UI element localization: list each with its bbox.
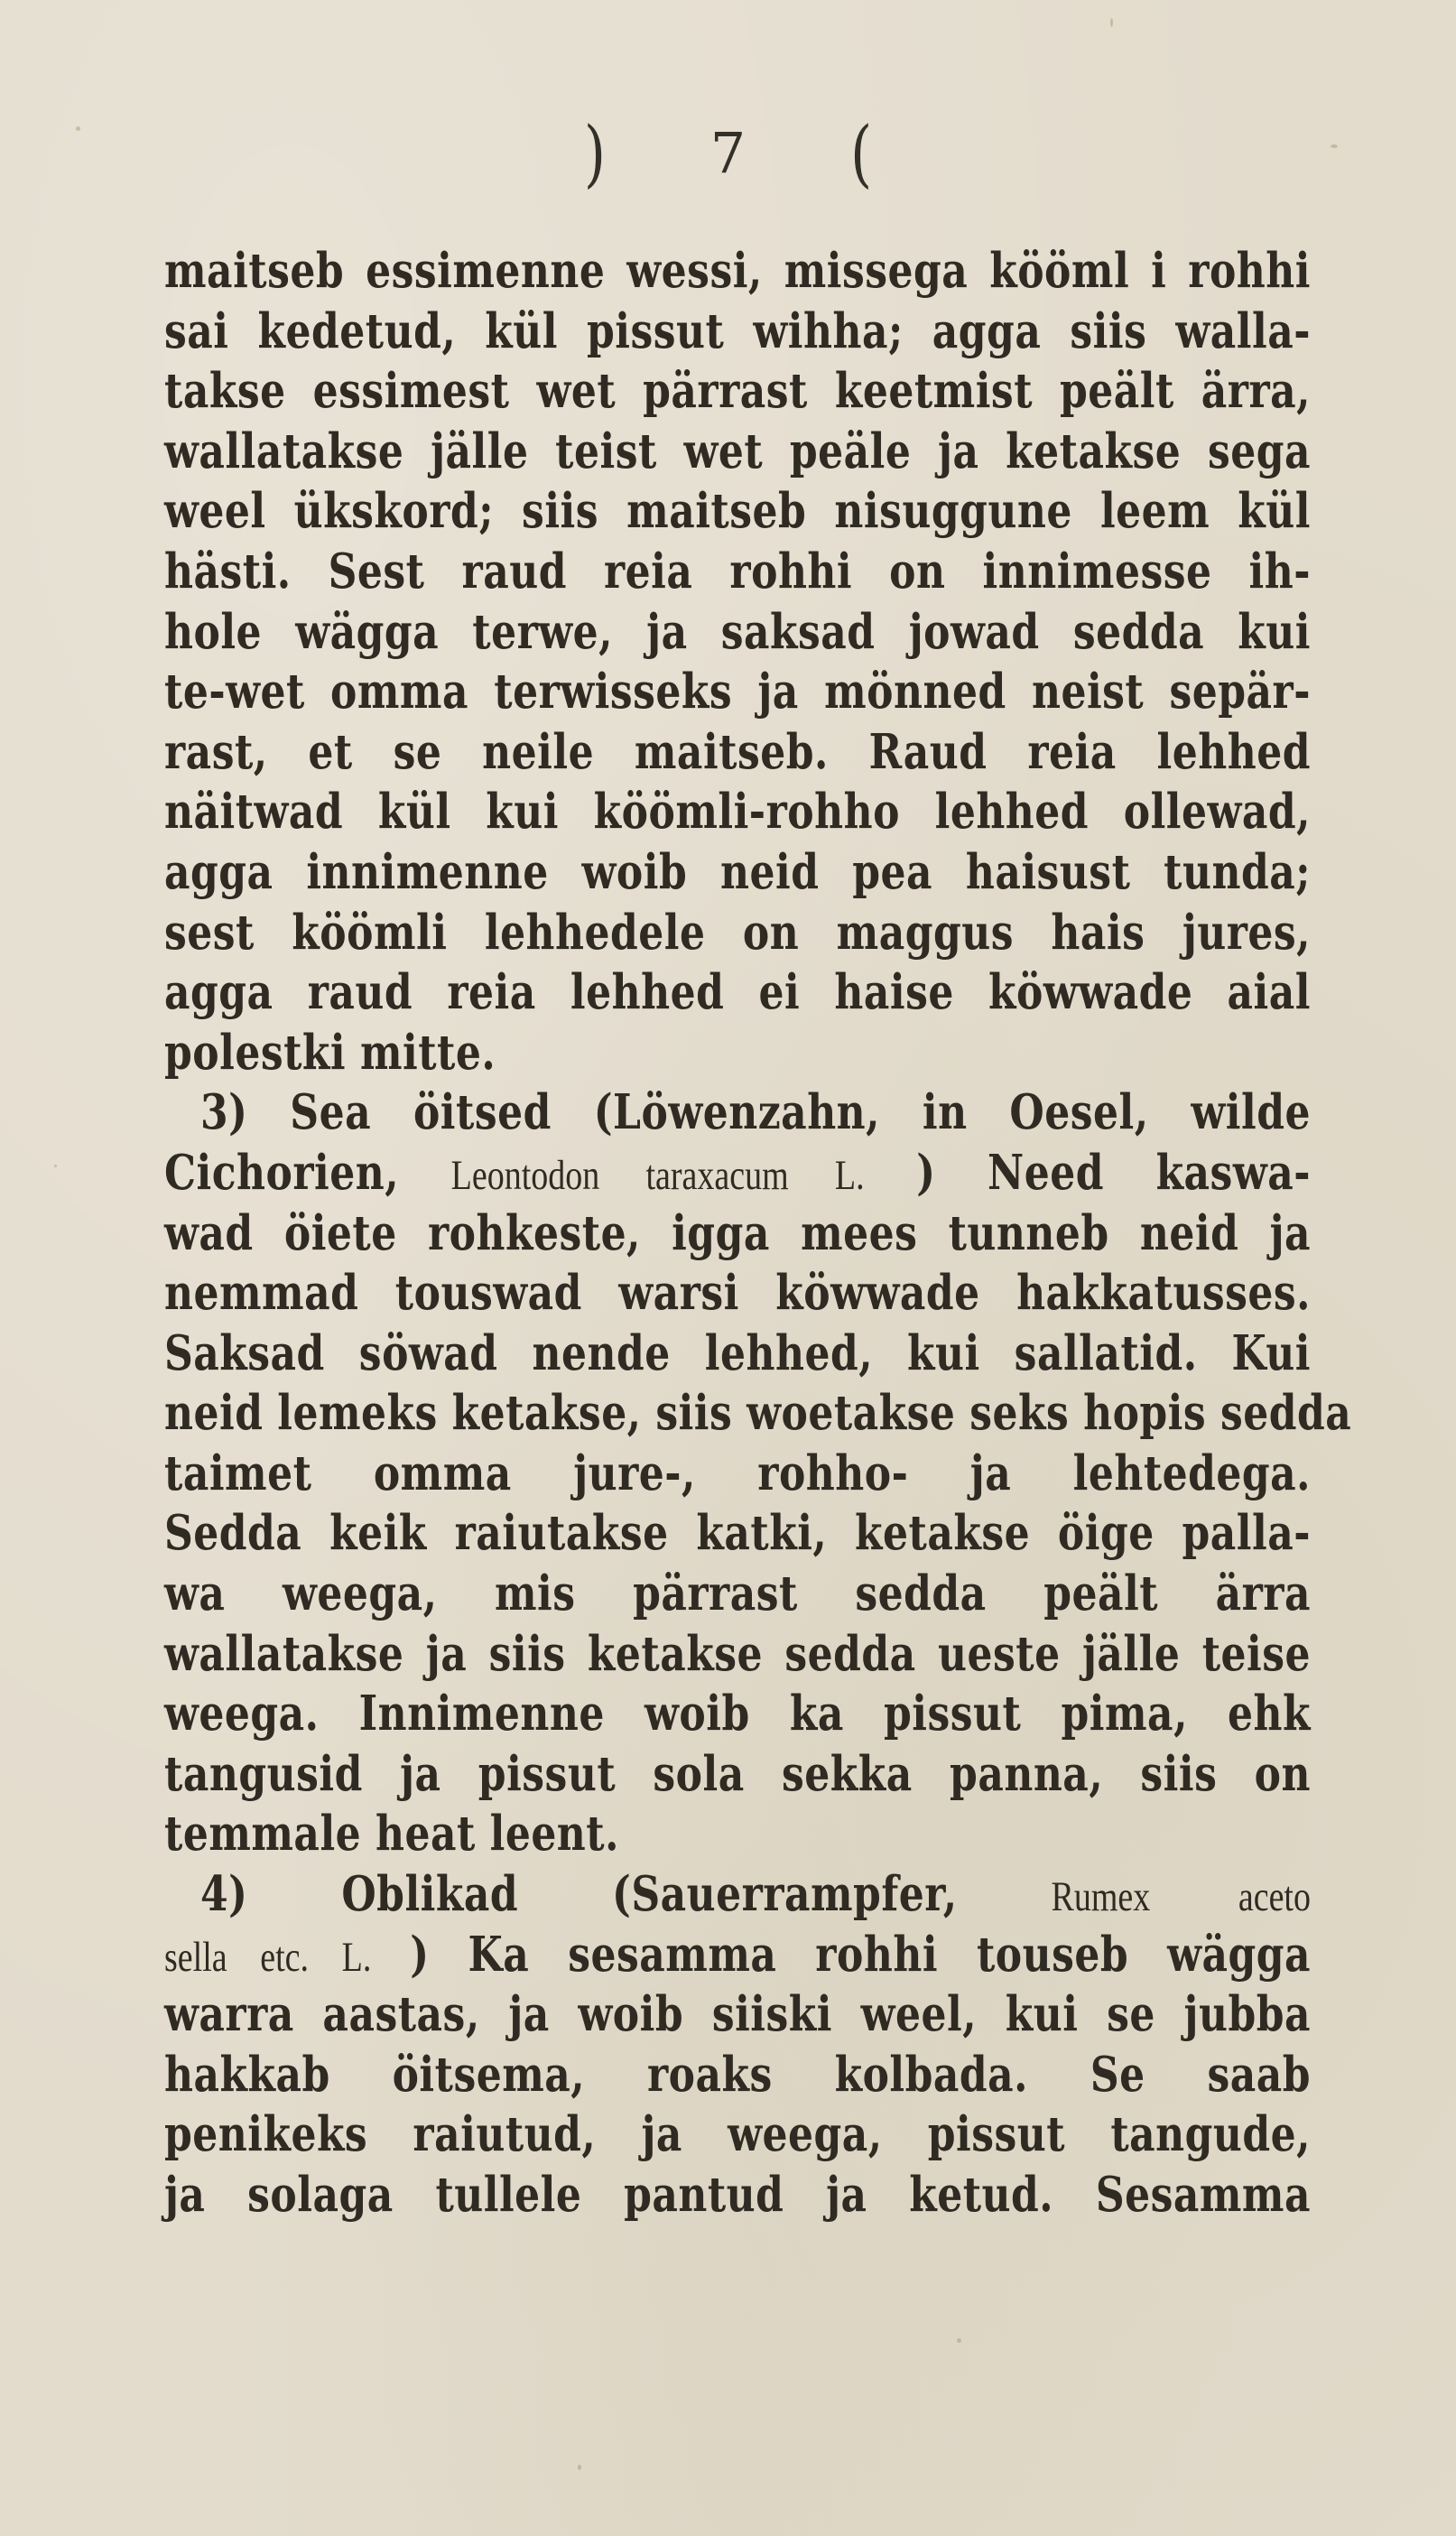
latin-botanical-name-cont: sella etc. L. — [164, 1934, 371, 1980]
line-continuation: ) Ka sesamma rohhi touseb wägga — [410, 1927, 1311, 1983]
header-right-bracket: ( — [850, 113, 872, 195]
page-header: ) 7 ( — [0, 122, 1456, 185]
section-4-heading: 4) Oblikad (Sauerrampfer, — [200, 1866, 958, 1922]
book-page: ) 7 ( maitseb essimenne wessi, missega k… — [0, 0, 1456, 2536]
paper-speck — [54, 1165, 57, 1167]
paper-speck — [1110, 18, 1113, 27]
paper-speck — [578, 2465, 581, 2470]
page-number: 7 — [710, 122, 746, 185]
section-3-heading: 3) Sea öitsed (Löwenzahn, in Oesel, wild… — [200, 1085, 1311, 1141]
latin-botanical-name: Leontodon taraxacum L. — [451, 1153, 865, 1199]
paper-speck — [76, 126, 80, 131]
body-text: maitseb essimenne wessi, missega kööml i… — [164, 242, 1311, 2226]
line-german-term: Cichorien, — [164, 1145, 399, 1201]
line-continuation: ) Need kaswa- — [916, 1145, 1311, 1201]
paper-speck — [1331, 144, 1338, 148]
text-line: ja solaga tullele pantud ja ketud. Sesam… — [164, 2160, 1311, 2233]
header-left-bracket: ) — [584, 113, 606, 195]
latin-botanical-name: Rumex aceto — [1051, 1874, 1311, 1920]
paper-speck — [957, 2338, 961, 2343]
